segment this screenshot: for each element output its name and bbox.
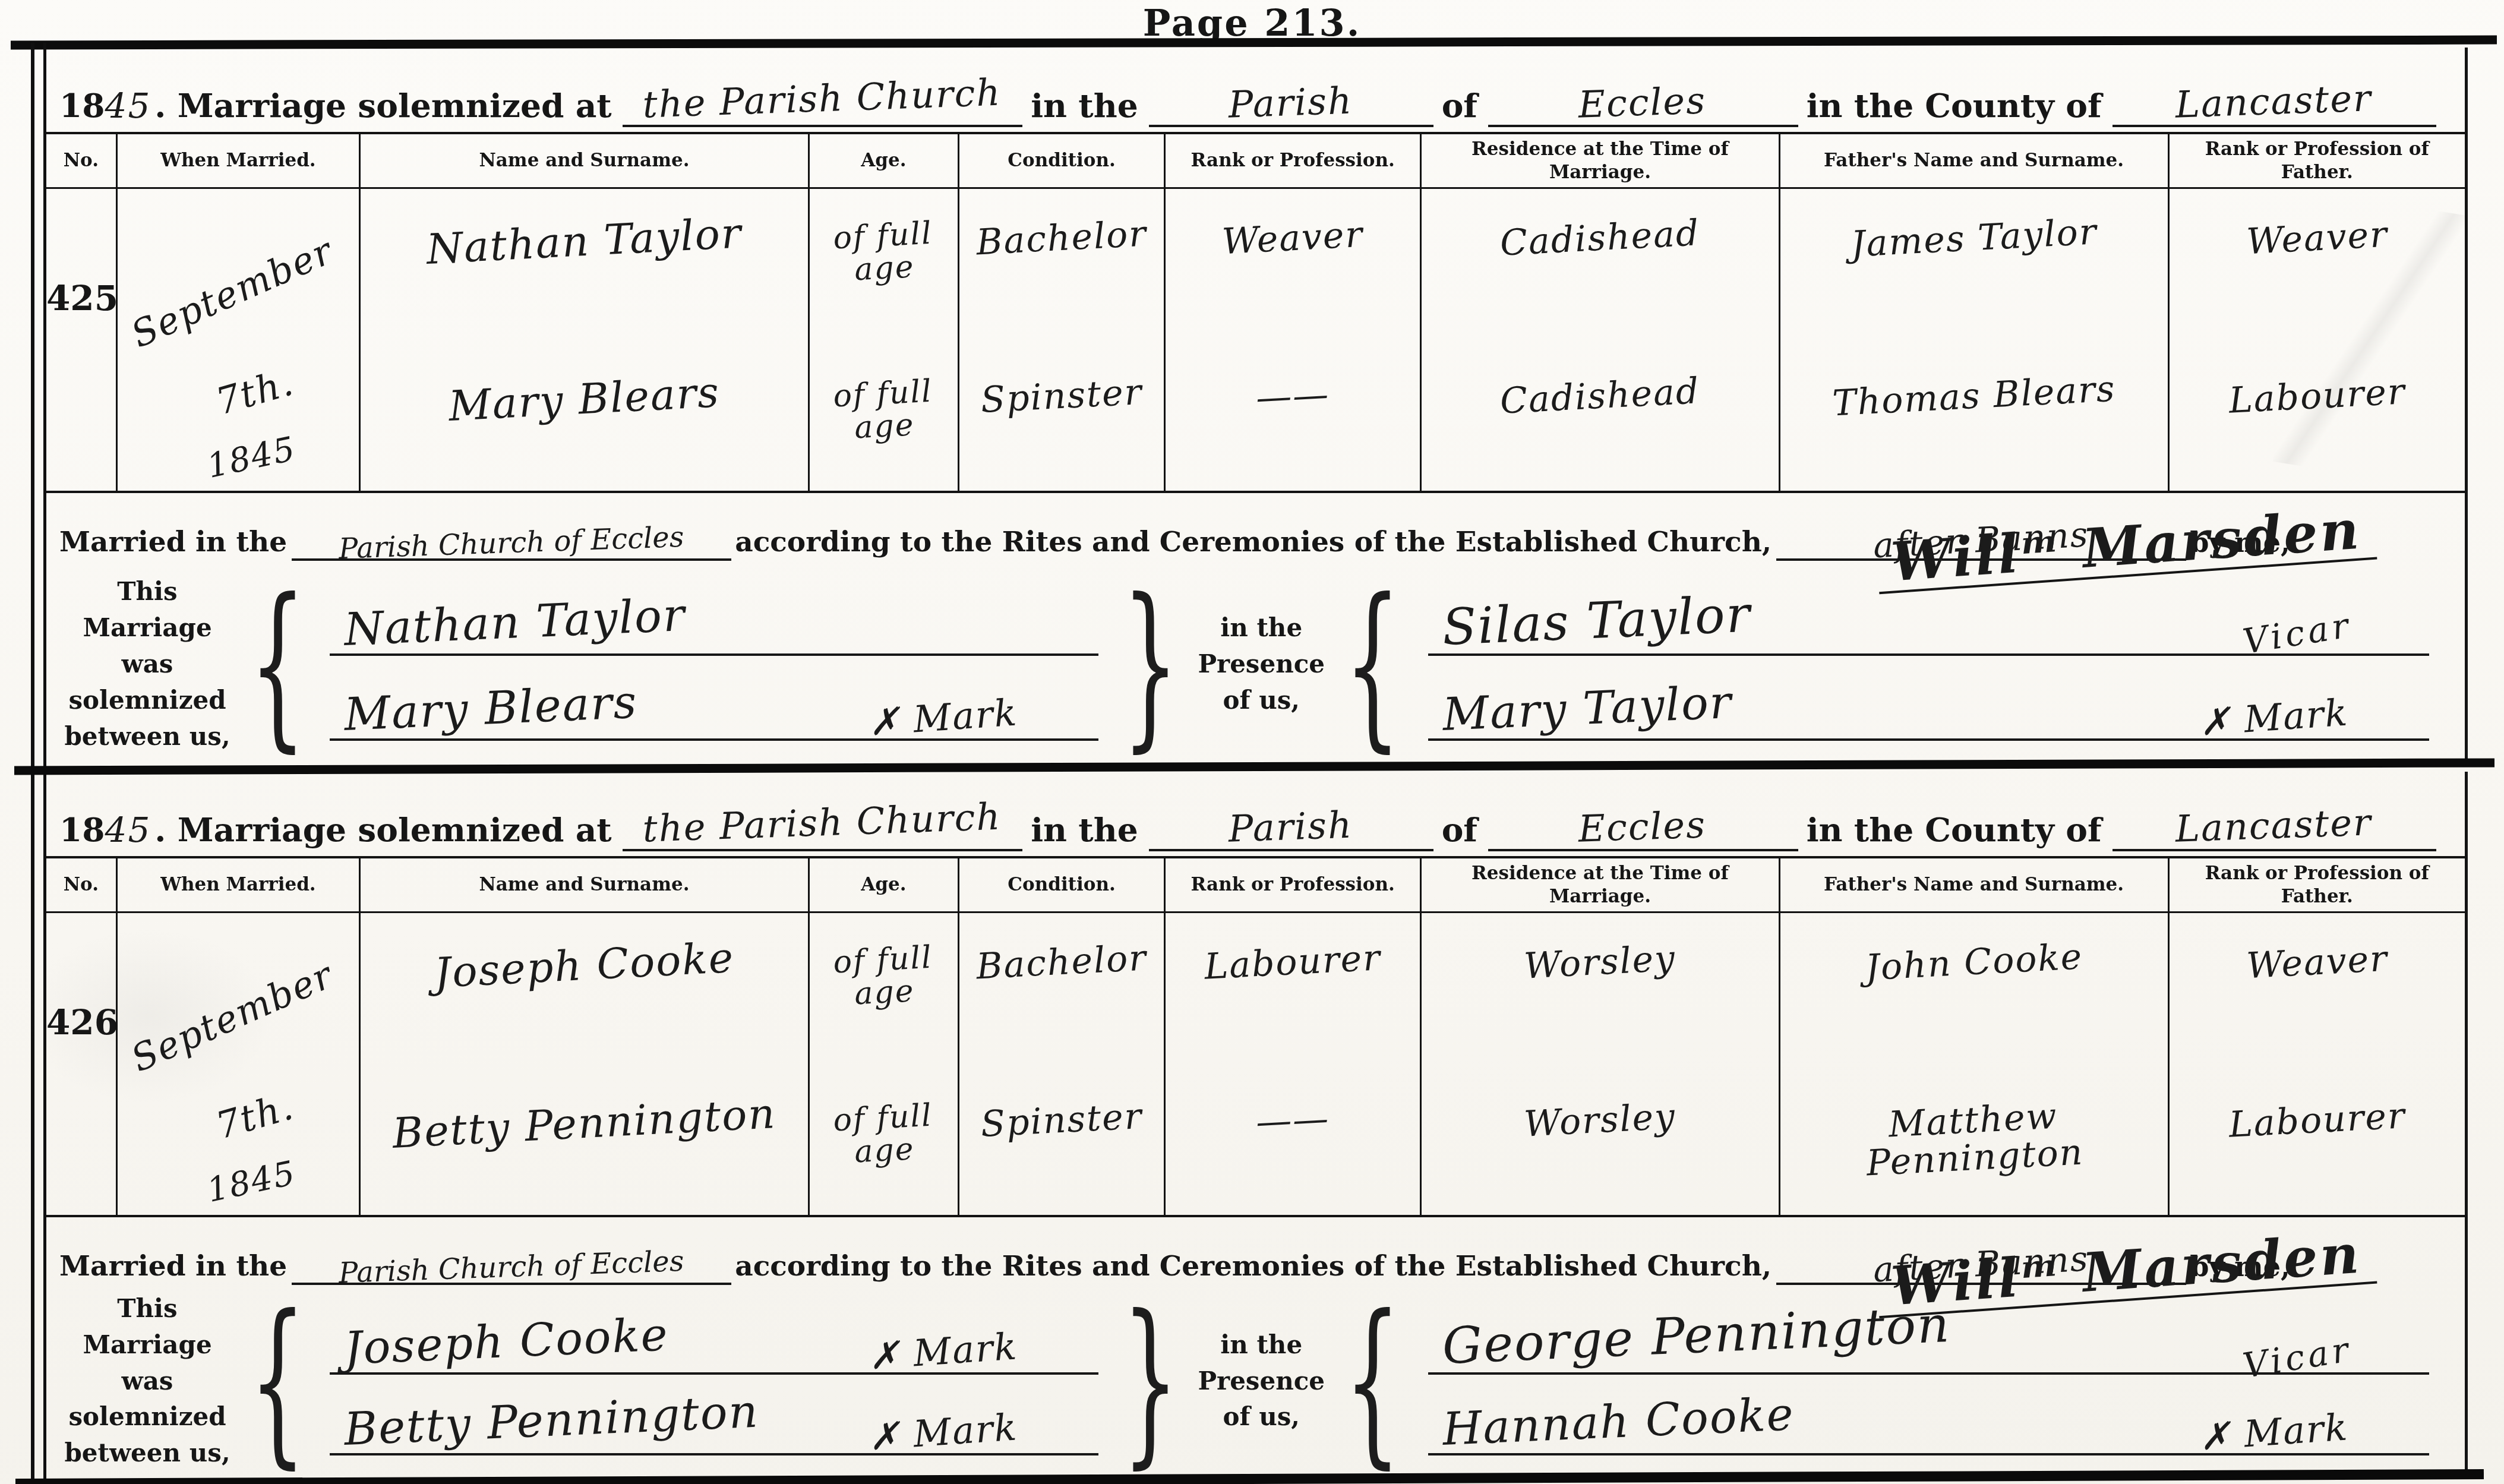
column-residence: Worsley Worsley: [1420, 913, 1778, 1215]
bride-mark: ✗ Mark: [867, 1409, 1019, 1458]
bride-residence: Cadishead: [1421, 368, 1779, 424]
record-number: 425: [46, 278, 116, 318]
bride-mark: ✗ Mark: [867, 694, 1019, 744]
th-father-rank: Rank or Profession of Father.: [2168, 858, 2465, 911]
left-margin-rule: [31, 43, 46, 1484]
bride-father-profession: Labourer: [2168, 370, 2465, 423]
county-blank: Lancaster: [2113, 70, 2436, 127]
curly-brace: {: [250, 585, 306, 745]
bride-signature-row: Betty Pennington ✗ Mark: [330, 1388, 1098, 1455]
groom-profession: Weaver: [1165, 213, 1421, 264]
when-day: 7th.: [211, 360, 298, 424]
th-condition: Condition.: [958, 134, 1164, 187]
th-father-rank: Rank or Profession of Father.: [2168, 134, 2465, 187]
signature-section: This Marriage was solemnized between us,…: [46, 1294, 2465, 1468]
witness2-mark: ✗ Mark: [2198, 1409, 2350, 1458]
column-no: 426: [46, 913, 116, 1215]
groom-signature-row: Joseph Cooke ✗ Mark: [330, 1307, 1098, 1375]
th-name-surname: Name and Surname.: [359, 134, 808, 187]
according-to-label: according to the Rites and Ceremonies of…: [735, 526, 1772, 558]
bride-residence: Worsley: [1421, 1093, 1779, 1148]
couple-signatures: Nathan Taylor Mary Blears ✗ Mark: [319, 570, 1109, 759]
th-age: Age.: [808, 134, 958, 187]
table-header-row: No. When Married. Name and Surname. Age.…: [46, 856, 2465, 913]
bride-condition: Spinster: [959, 1097, 1165, 1145]
this-marriage-label: This Marriage was solemnized between us,: [58, 1294, 236, 1468]
column-name-surname: Joseph Cooke Betty Pennington: [359, 913, 808, 1215]
year-handwritten: 45: [105, 86, 151, 127]
th-no: No.: [46, 134, 116, 187]
column-age: of full age of full age: [808, 189, 958, 491]
bride-father-name: Thomas Blears: [1779, 368, 2168, 425]
column-name-surname: Nathan Taylor Mary Blears: [359, 189, 808, 491]
column-rank-profession: Weaver ——: [1164, 189, 1420, 491]
register-header-line: 1845 . Marriage solemnized at the Parish…: [46, 48, 2465, 132]
column-father-rank: Weaver Labourer: [2168, 913, 2465, 1215]
in-the-label: in the: [1031, 810, 1138, 849]
bride-age: of full age: [808, 1098, 959, 1171]
column-father-name: James Taylor Thomas Blears: [1779, 189, 2168, 491]
couple-signatures: Joseph Cooke ✗ Mark Betty Pennington ✗ M…: [319, 1294, 1109, 1468]
year-prefix: 18: [59, 86, 105, 125]
parish-blank: Parish: [1149, 794, 1433, 851]
groom-father-name: John Cooke: [1779, 934, 2168, 992]
table-body: 425 September 7th. 1845 Nathan Taylor Ma…: [46, 189, 2465, 493]
marriage-record-425: 1845 . Marriage solemnized at the Parish…: [46, 48, 2468, 762]
according-to-label: according to the Rites and Ceremonies of…: [735, 1250, 1772, 1283]
married-in-blank: Parish Church of Eccles: [292, 1234, 731, 1285]
groom-name: Nathan Taylor: [360, 208, 809, 275]
groom-age: of full age: [808, 940, 959, 1013]
groom-father-profession: Weaver: [2168, 936, 2465, 989]
bride-profession: ——: [1165, 371, 1421, 422]
parish-blank: Parish: [1149, 70, 1433, 127]
groom-signature-row: Nathan Taylor: [330, 588, 1098, 656]
record-number: 426: [46, 1002, 116, 1043]
groom-father-profession: Weaver: [2168, 212, 2465, 265]
county-blank: Lancaster: [2113, 794, 2436, 851]
witness2-signature: Mary Taylor: [1441, 680, 1733, 738]
witness2-signature: Hannah Cooke: [1441, 1391, 1795, 1453]
witness1-signature: Silas Taylor: [1441, 589, 1752, 653]
witness-signature-row: Mary Taylor ✗ Mark: [1428, 673, 2429, 741]
bride-signature-row: Mary Blears ✗ Mark: [330, 673, 1098, 741]
th-father-name: Father's Name and Surname.: [1779, 858, 2168, 911]
th-rank-profession: Rank or Profession.: [1164, 858, 1420, 911]
groom-name: Joseph Cooke: [360, 932, 809, 999]
column-condition: Bachelor Spinster: [958, 913, 1164, 1215]
bride-condition: Spinster: [959, 372, 1165, 421]
bride-age: of full age: [808, 374, 959, 447]
county-label: in the County of: [1807, 86, 2102, 125]
groom-residence: Worsley: [1421, 934, 1779, 990]
bride-father-profession: Labourer: [2168, 1094, 2465, 1147]
married-in-blank: Parish Church of Eccles: [292, 510, 731, 561]
of-label: of: [1442, 86, 1477, 125]
witness-signature-row: Hannah Cooke ✗ Mark: [1428, 1388, 2429, 1455]
th-father-name: Father's Name and Surname.: [1779, 134, 2168, 187]
witness2-mark: ✗ Mark: [2198, 694, 2350, 744]
witness-signature-row: George Pennington: [1428, 1307, 2429, 1375]
groom-signature: Joseph Cooke: [343, 1312, 670, 1373]
when-year: 1845: [204, 1154, 299, 1210]
curly-brace: }: [1122, 585, 1179, 745]
church-blank: the Parish Church: [623, 70, 1022, 127]
bride-signature: Mary Blears: [343, 680, 638, 738]
column-age: of full age of full age: [808, 913, 958, 1215]
groom-mark: ✗ Mark: [867, 1328, 1019, 1378]
witness-signatures: Silas Taylor Mary Taylor ✗ Mark: [1414, 570, 2465, 759]
solemnized-at-label: . Marriage solemnized at: [154, 810, 611, 849]
parish-name-blank: Eccles: [1488, 794, 1798, 851]
when-month: September: [125, 229, 340, 356]
bride-profession: ——: [1165, 1095, 1421, 1146]
groom-age: of full age: [808, 216, 959, 289]
witness-signature-row: Silas Taylor: [1428, 588, 2429, 656]
scanned-register-sheet: Page 213. 1845 . Marriage solemnized at …: [0, 0, 2504, 1484]
column-when-married: September 7th. 1845: [116, 913, 359, 1215]
year-handwritten: 45: [105, 810, 151, 851]
table-header-row: No. When Married. Name and Surname. Age.…: [46, 132, 2465, 189]
in-the-label: in the: [1031, 86, 1138, 125]
when-day: 7th.: [211, 1084, 298, 1148]
column-father-name: John Cooke Matthew Pennington: [1779, 913, 2168, 1215]
groom-father-name: James Taylor: [1779, 210, 2168, 267]
of-label: of: [1442, 810, 1477, 849]
groom-profession: Labourer: [1165, 937, 1421, 988]
th-when-married: When Married.: [116, 134, 359, 187]
bride-name: Mary Blears: [360, 366, 809, 433]
table-body: 426 September 7th. 1845 Joseph Cooke Bet…: [46, 913, 2465, 1217]
groom-condition: Bachelor: [959, 214, 1165, 263]
signature-section: This Marriage was solemnized between us,…: [46, 570, 2465, 759]
bride-name: Betty Pennington: [360, 1090, 809, 1157]
witness-signatures: George Pennington Hannah Cooke ✗ Mark: [1414, 1294, 2465, 1468]
this-marriage-label: This Marriage was solemnized between us,: [58, 570, 236, 759]
groom-condition: Bachelor: [959, 939, 1165, 987]
groom-signature: Nathan Taylor: [343, 592, 686, 653]
register-header-line: 1845 . Marriage solemnized at the Parish…: [46, 772, 2465, 856]
solemnized-at-label: . Marriage solemnized at: [154, 86, 611, 125]
th-residence: Residence at the Time of Marriage.: [1420, 858, 1778, 911]
bride-signature: Betty Pennington: [343, 1388, 759, 1453]
county-label: in the County of: [1807, 810, 2102, 849]
when-month: September: [125, 953, 340, 1080]
marriage-record-426: 1845 . Marriage solemnized at the Parish…: [46, 772, 2468, 1472]
witness1-signature: George Pennington: [1441, 1299, 1951, 1372]
curly-brace: {: [1344, 1301, 1400, 1461]
column-no: 425: [46, 189, 116, 491]
married-in-label: Married in the: [59, 526, 287, 558]
curly-brace: {: [250, 1301, 306, 1461]
year-prefix: 18: [59, 810, 105, 849]
th-age: Age.: [808, 858, 958, 911]
presence-label: in the Presence of us,: [1192, 570, 1331, 759]
th-condition: Condition.: [958, 858, 1164, 911]
presence-label: in the Presence of us,: [1192, 1294, 1331, 1468]
column-rank-profession: Labourer ——: [1164, 913, 1420, 1215]
column-residence: Cadishead Cadishead: [1420, 189, 1778, 491]
column-father-rank: Weaver Labourer: [2168, 189, 2465, 491]
th-name-surname: Name and Surname.: [359, 858, 808, 911]
church-blank: the Parish Church: [623, 794, 1022, 851]
when-year: 1845: [204, 430, 299, 486]
bride-father-name: Matthew Pennington: [1779, 1092, 2170, 1187]
curly-brace: }: [1122, 1301, 1179, 1461]
column-condition: Bachelor Spinster: [958, 189, 1164, 491]
curly-brace: {: [1344, 585, 1400, 745]
th-rank-profession: Rank or Profession.: [1164, 134, 1420, 187]
parish-name-blank: Eccles: [1488, 70, 1798, 127]
th-no: No.: [46, 858, 116, 911]
th-when-married: When Married.: [116, 858, 359, 911]
th-residence: Residence at the Time of Marriage.: [1420, 134, 1778, 187]
groom-residence: Cadishead: [1421, 210, 1779, 266]
column-when-married: September 7th. 1845: [116, 189, 359, 491]
